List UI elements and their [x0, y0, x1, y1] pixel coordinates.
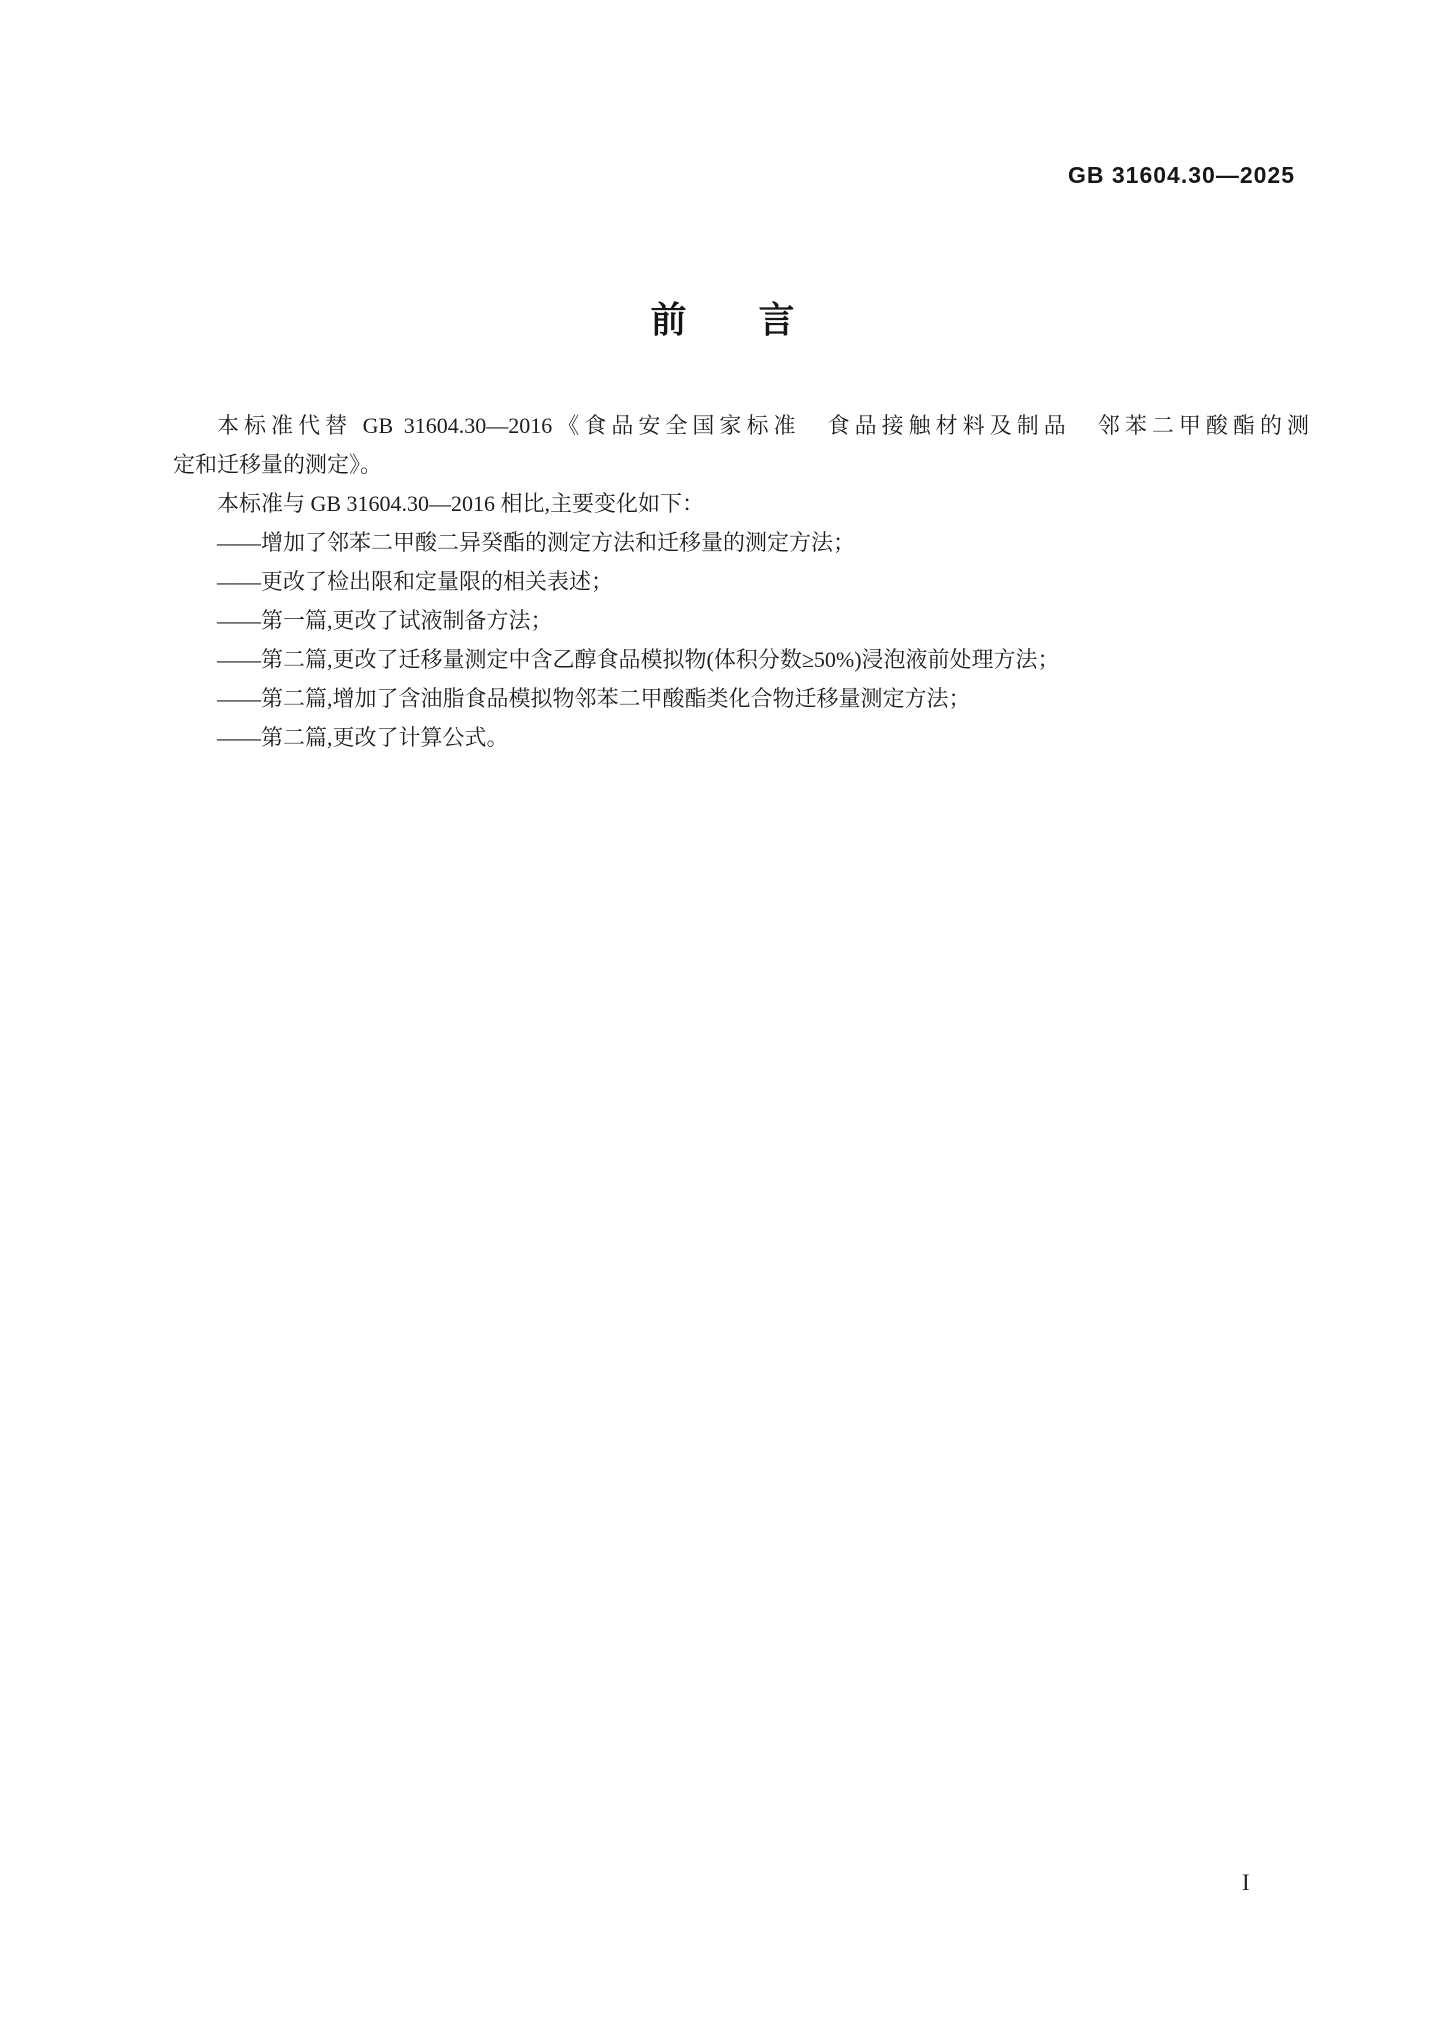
intro-paragraph-line-1: 本标准代替 GB 31604.30—2016《食品安全国家标准 食品接触材料及制…	[173, 406, 1309, 445]
change-item-2: ——更改了检出限和定量限的相关表述；	[173, 562, 1309, 601]
intro-paragraph-line-2: 定和迁移量的测定》。	[173, 445, 1309, 484]
document-body: 本标准代替 GB 31604.30—2016《食品安全国家标准 食品接触材料及制…	[173, 406, 1309, 757]
change-item-5: ——第二篇,增加了含油脂食品模拟物邻苯二甲酸酯类化合物迁移量测定方法；	[173, 679, 1309, 718]
page-number: I	[1242, 1870, 1250, 1896]
change-item-3: ——第一篇,更改了试液制备方法；	[173, 601, 1309, 640]
document-page: GB 31604.30—2025 前 言 本标准代替 GB 31604.30—2…	[0, 0, 1445, 2044]
page-title: 前 言	[0, 292, 1445, 343]
change-item-6: ——第二篇,更改了计算公式。	[173, 718, 1309, 757]
change-item-4: ——第二篇,更改了迁移量测定中含乙醇食品模拟物(体积分数≥50%)浸泡液前处理方…	[173, 640, 1309, 679]
change-item-1: ——增加了邻苯二甲酸二异癸酯的测定方法和迁移量的测定方法；	[173, 523, 1309, 562]
changes-intro-line: 本标准与 GB 31604.30—2016 相比,主要变化如下：	[173, 484, 1309, 523]
standard-number-header: GB 31604.30—2025	[1068, 162, 1295, 189]
